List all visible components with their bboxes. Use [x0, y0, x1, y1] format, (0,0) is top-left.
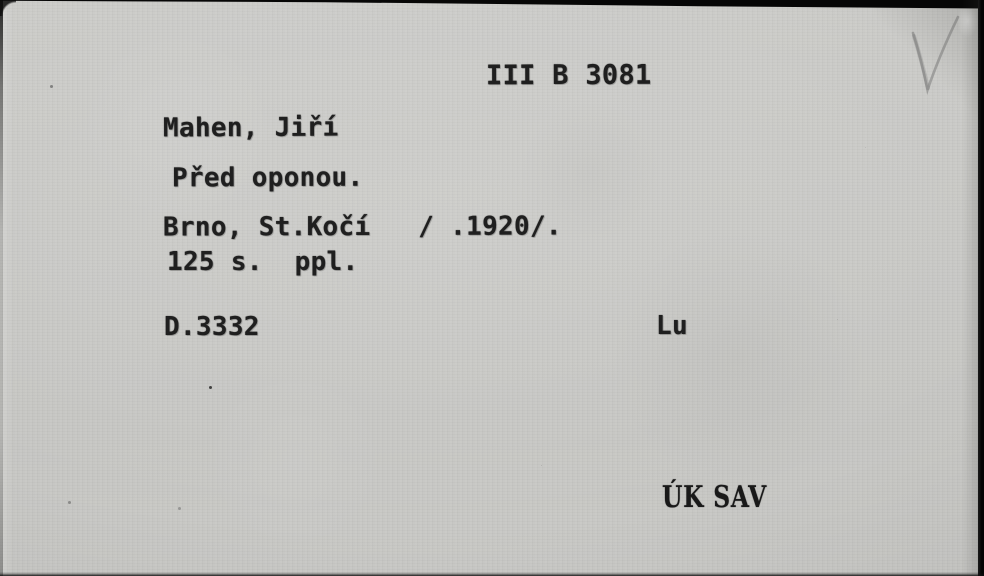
- shelf-mark: D.3332: [164, 314, 260, 340]
- catalog-card: III B 3081 Mahen, Jiří Před oponou. Brno…: [0, 0, 984, 576]
- scan-edge-right-shadow: [962, 0, 978, 576]
- imprint-line: Brno, St.Kočí / .1920/.: [163, 213, 562, 240]
- scan-edge-top: [0, 0, 984, 10]
- scanned-catalog-card-image: III B 3081 Mahen, Jiří Před oponou. Brno…: [0, 0, 984, 576]
- scan-edge-left: [0, 0, 3, 576]
- scan-edge-bottom: [0, 572, 984, 576]
- collation-line: 125 s. ppl.: [167, 249, 358, 275]
- author-heading: Mahen, Jiří: [163, 115, 339, 142]
- scan-edge-right: [978, 0, 984, 576]
- cataloguer-initials: Lu: [656, 313, 688, 339]
- scan-corner-top-left: [0, 0, 16, 16]
- title-line: Před oponou.: [172, 165, 364, 192]
- library-stamp: ÚK SAV: [662, 483, 767, 513]
- paper-specks: [209, 386, 212, 389]
- call-number: III B 3081: [486, 62, 652, 90]
- card-left-edge-highlight: [3, 0, 13, 576]
